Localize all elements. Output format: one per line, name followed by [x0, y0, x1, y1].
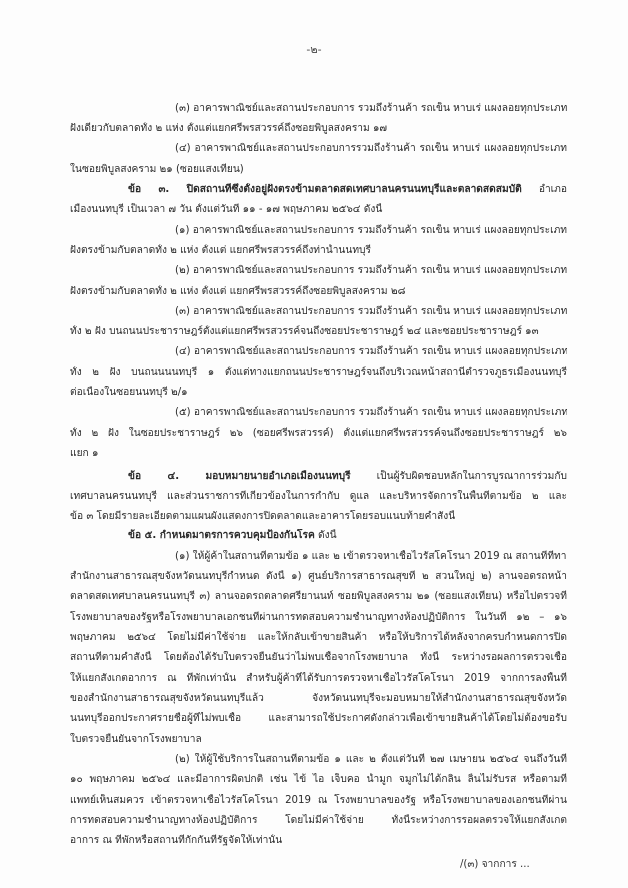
- text-line: อาการ ณ ที่พักหรือสถานที่กักกันที่รัฐจัด…: [70, 834, 567, 848]
- text-line: (๓) อาคารพาณิชย์และสถานประกอบการ รวมถึงร…: [175, 305, 567, 319]
- text-line: ฝั่งตรงข้ามกับตลาดทั้ง ๒ แห่ง ตั้งแต่ แย…: [70, 285, 567, 299]
- text-line: ๑๐ พฤษภาคม ๒๕๖๔ และมีอาการผิดปกติ เช่น ไ…: [70, 773, 567, 787]
- clause-5-heading: ข้อ ๕. กำหนดมาตรการควบคุมป้องกันโรค ดังน…: [128, 529, 567, 543]
- text-line: ฝั่งเดียวกับตลาดทั้ง ๒ แห่ง ตั้งแต่แยกศร…: [70, 122, 567, 136]
- text-line: โรงพยาบาลของรัฐหรือโรงพยาบาลเอกชนที่ผ่าน…: [70, 611, 567, 625]
- page-number: -๒-: [0, 40, 628, 58]
- text-line: เทศบาลนครนนทบุรี และส่วนราชการที่เกี่ยวข…: [70, 490, 567, 504]
- text-line: สถานที่ตามคำสั่งนี้ โดยต้องได้รับใบตรวจย…: [70, 651, 567, 665]
- clause-heading-rest: ดังนี้: [315, 530, 337, 541]
- text-line: แยก ๑: [70, 447, 567, 461]
- text-line: ในซอยพิบูลสงคราม ๒๑ (ซอยแสงเทียน): [70, 163, 567, 177]
- clause-heading-bold: ข้อ ๕. กำหนดมาตรการควบคุมป้องกันโรค: [128, 530, 315, 541]
- text-line: (๕) อาคารพาณิชย์และสถานประกอบการ รวมถึงร…: [175, 406, 567, 420]
- clause-heading-rest: อำเภอ: [522, 184, 567, 195]
- text-line: ของสำนักงานสาธารณสุขจังหวัดนนทบุรีแล้ว จ…: [70, 692, 567, 706]
- text-line: สำนักงานสาธารณสุขจังหวัดนนทบุรีกำหนด ดัง…: [70, 570, 567, 584]
- text-line: ข้อ ๓ โดยมีรายละเอียดตามแผนผังแสดงการปิด…: [70, 510, 567, 524]
- clause-heading-bold: ข้อ ๔. มอบหมายนายอำเภอเมืองนนทบุรี: [128, 471, 351, 482]
- text-line: แพทย์เห็นสมควร เข้าตรวจหาเชื้อไวรัสโคโรน…: [70, 794, 567, 808]
- continuation-marker: /(๓) จากการ ...: [460, 856, 530, 872]
- clause-3-heading: ข้อ ๓. ปิดสถานที่ซึ่งตั้งอยู่ฝั่งตรงข้าม…: [128, 183, 567, 197]
- text-line: ฝั่งตรงข้ามกับตลาดทั้ง ๒ แห่ง ตั้งแต่ แย…: [70, 244, 567, 258]
- text-line: (๒) อาคารพาณิชย์และสถานประกอบการ รวมถึงร…: [175, 264, 567, 278]
- text-line: (๑) อาคารพาณิชย์และสถานประกอบการ รวมถึงร…: [175, 224, 567, 238]
- clause-heading-bold: ข้อ ๓. ปิดสถานที่ซึ่งตั้งอยู่ฝั่งตรงข้าม…: [128, 184, 522, 195]
- text-line: ใบตรวจยืนยันจากโรงพยาบาล: [70, 733, 567, 747]
- clause-heading-rest: เป็นผู้รับผิดชอบหลักในการบูรณาการร่วมกับ: [351, 471, 567, 482]
- text-line: (๔) อาคารพาณิชย์และสถานประกอบการรวมถึงร้…: [175, 142, 567, 156]
- text-line: (๑) ให้ผู้ค้าในสถานที่ตามข้อ ๑ และ ๒ เข้…: [175, 550, 567, 564]
- text-line: การทดสอบความชำนาญทางห้องปฏิบัติการ โดยไม…: [70, 814, 567, 828]
- text-line: ตลาดสดเทศบาลนครนนทบุรี ๓) ลานจอดรถตลาดศร…: [70, 590, 567, 604]
- document-page: -๒- (๓) อาคารพาณิชย์และสถานประกอบการ รวม…: [0, 0, 628, 888]
- text-line: เมืองนนทบุรี เป็นเวลา ๗ วัน ตั้งแต่วันที…: [70, 203, 567, 217]
- text-line: ทั้ง ๒ ฝั่ง บนถนนนนทบุรี ๑ ตั้งแต่ทางแยก…: [70, 366, 567, 380]
- text-line: นนทบุรีออกประกาศรายชื่อผู้ที่ไม่พบเชื้อ …: [70, 712, 567, 726]
- text-line: พฤษภาคม ๒๕๖๔ โดยไม่มีค่าใช้จ่าย และให้กล…: [70, 631, 567, 645]
- text-line: ให้แยกสังเกตอาการ ณ ที่พักเท่านั้น สำหรั…: [70, 672, 567, 686]
- text-line: ทั้ง ๒ ฝั่ง บนถนนประชาราษฎร์ตั้งแต่แยกศร…: [70, 325, 567, 339]
- text-line: ทั้ง ๒ ฝั่ง ในซอยประชาราษฎร์ ๒๖ (ซอยศรีพ…: [70, 427, 567, 441]
- text-line: ต่อเนื่องในซอยนนทบุรี ๒/๑: [70, 386, 567, 400]
- text-line: (๒) ให้ผู้ใช้บริการในสถานที่ตามข้อ ๑ และ…: [175, 753, 567, 767]
- text-line: (๔) อาคารพาณิชย์และสถานประกอบการ รวมถึงร…: [175, 345, 567, 359]
- clause-4-heading: ข้อ ๔. มอบหมายนายอำเภอเมืองนนทบุรี เป็นผ…: [128, 470, 567, 484]
- text-line: (๓) อาคารพาณิชย์และสถานประกอบการ รวมถึงร…: [175, 102, 567, 116]
